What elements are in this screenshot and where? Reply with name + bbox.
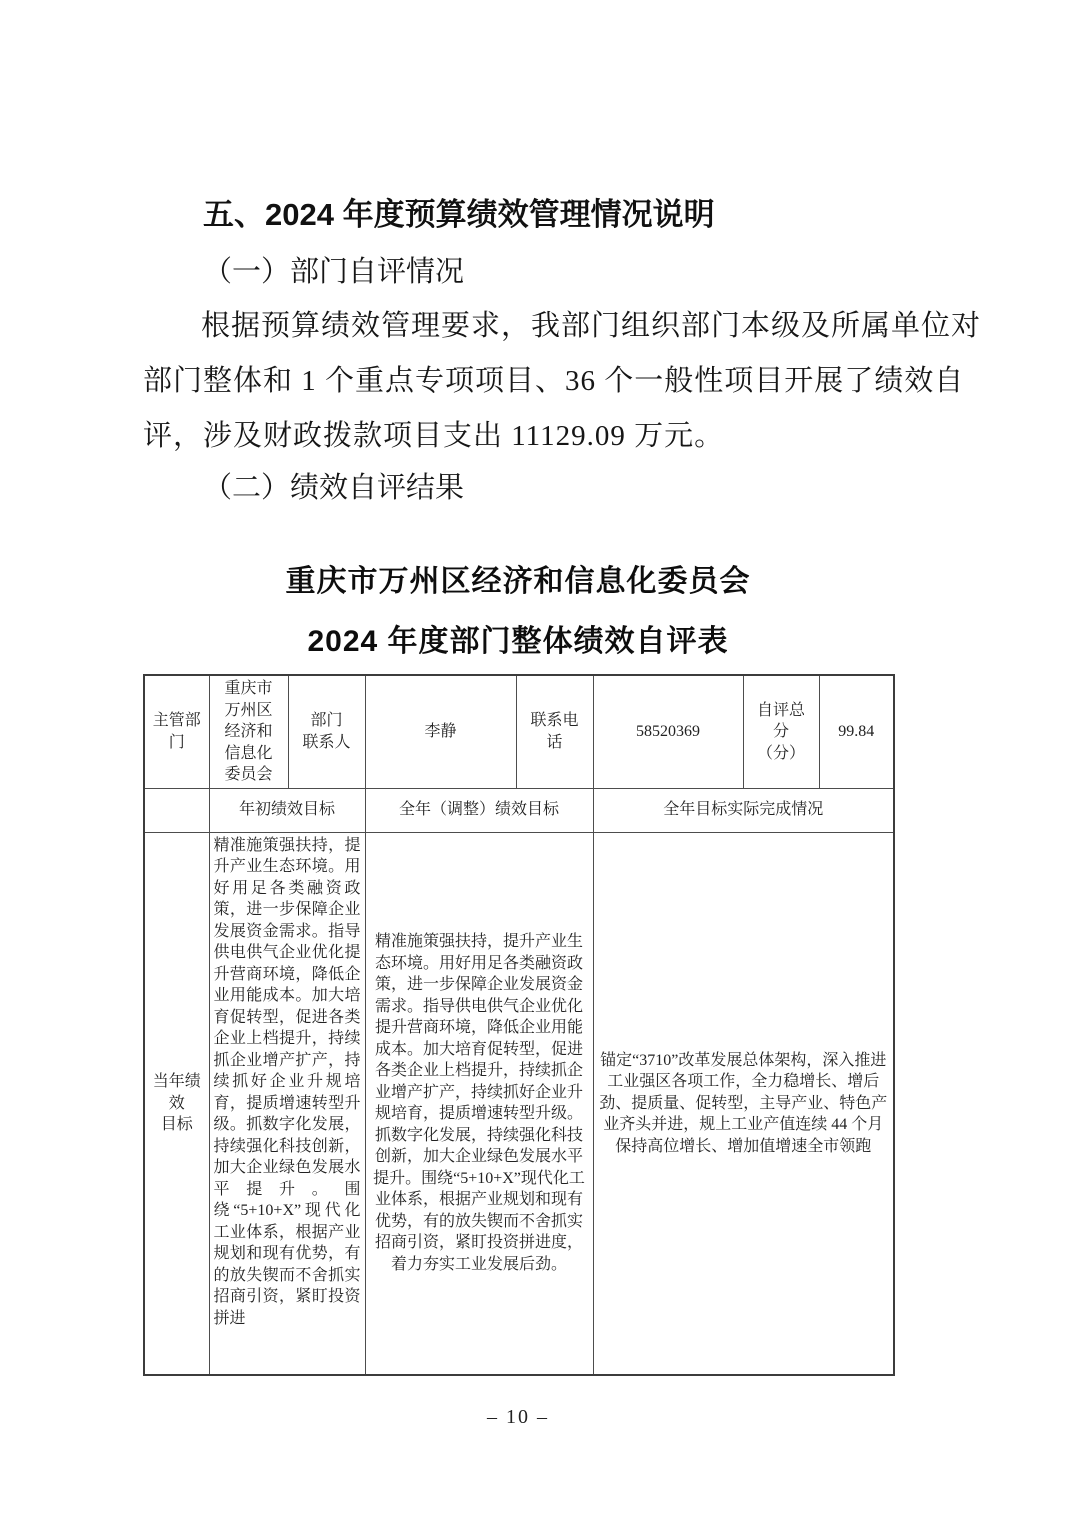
page-number: – 10 –: [143, 1406, 893, 1429]
supervisor-dept-value-cell: 重庆市 万州区 经济和 信息化 委员会: [209, 675, 288, 788]
paragraph-line-2: 部门整体和 1 个重点专项项目、36 个一般性项目开展了绩效自: [143, 354, 893, 409]
page-content: 五、2024 年度预算绩效管理情况说明 （一）部门自评情况 根据预算绩效管理要求…: [0, 0, 893, 1429]
goal-header-empty-cell: [144, 788, 209, 832]
table-title-organization: 重庆市万州区经济和信息化委员会: [143, 564, 893, 600]
completion-actual-cell: 锚定“3710”改革发展总体架构，深入推进工业强区各项工作，全力稳增长、增后劲、…: [593, 832, 894, 1375]
score-label-cell: 自评总 分 （分）: [743, 675, 819, 788]
table-row-goal-headers: 年初绩效目标 全年（调整）绩效目标 全年目标实际完成情况: [144, 788, 894, 832]
table-title-form-name: 2024 年度部门整体绩效自评表: [143, 624, 893, 660]
table-row-department-info: 主管部 门 重庆市 万州区 经济和 信息化 委员会 部门 联系人 李静 联系电 …: [144, 675, 894, 788]
sub-heading-results: （二）绩效自评结果: [143, 472, 893, 504]
performance-self-evaluation-table: 主管部 门 重庆市 万州区 经济和 信息化 委员会 部门 联系人 李静 联系电 …: [143, 674, 895, 1376]
adjusted-goal-cell: 精准施策强扶持，提升产业生态环境。用好用足各类融资政策，进一步保障企业发展资金需…: [365, 832, 593, 1375]
year-start-goal-text: 精准施策强扶持，提升产业生态环境。用好用足各类融资政策，进一步保障企业发展资金需…: [214, 835, 361, 1368]
goal-header-adjusted-cell: 全年（调整）绩效目标: [365, 788, 593, 832]
phone-value-cell: 58520369: [593, 675, 743, 788]
self-evaluation-paragraph: 根据预算绩效管理要求，我部门组织部门本级及所属单位对 部门整体和 1 个重点专项…: [143, 299, 893, 464]
score-value-cell: 99.84: [819, 675, 894, 788]
table-row-goal-details: 当年绩 效 目标 精准施策强扶持，提升产业生态环境。用好用足各类融资政策，进一步…: [144, 832, 894, 1375]
section-heading: 五、2024 年度预算绩效管理情况说明: [143, 198, 893, 232]
contact-person-label-cell: 部门 联系人: [288, 675, 365, 788]
paragraph-line-1: 根据预算绩效管理要求，我部门组织部门本级及所属单位对: [143, 299, 893, 354]
paragraph-line-3: 评，涉及财政拨款项目支出 11129.09 万元。: [143, 409, 893, 464]
contact-person-value-cell: 李静: [365, 675, 516, 788]
document-page: 五、2024 年度预算绩效管理情况说明 （一）部门自评情况 根据预算绩效管理要求…: [0, 0, 1075, 1520]
phone-label-cell: 联系电 话: [516, 675, 593, 788]
goal-header-completion-cell: 全年目标实际完成情况: [593, 788, 894, 832]
goal-row-label-cell: 当年绩 效 目标: [144, 832, 209, 1375]
goal-header-year-start-cell: 年初绩效目标: [209, 788, 365, 832]
supervisor-dept-label-cell: 主管部 门: [144, 675, 209, 788]
sub-heading-self-evaluation: （一）部门自评情况: [143, 256, 893, 288]
year-start-goal-cell: 精准施策强扶持，提升产业生态环境。用好用足各类融资政策，进一步保障企业发展资金需…: [209, 832, 365, 1375]
